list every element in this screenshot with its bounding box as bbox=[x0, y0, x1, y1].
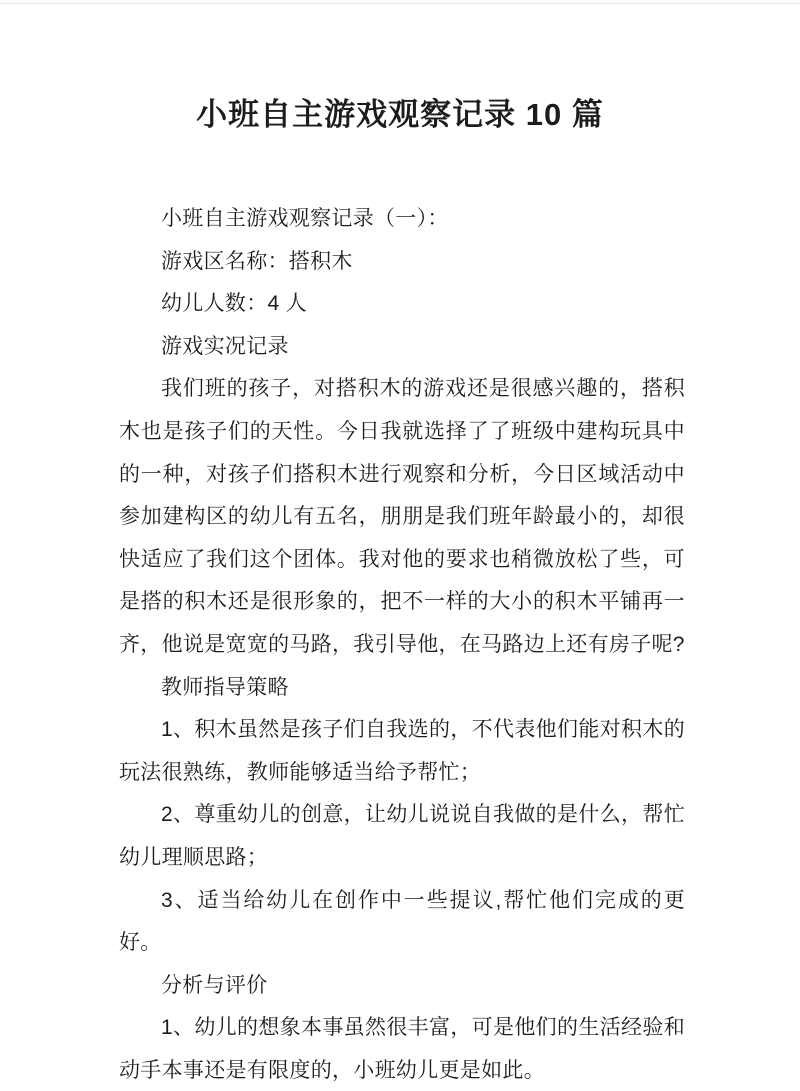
page-title: 小班自主游戏观察记录 10 篇 bbox=[0, 0, 800, 134]
strategy-item-3: 3、适当给幼儿在创作中一些提议,帮忙他们完成的更好。 bbox=[119, 880, 685, 965]
record-one-heading: 小班自主游戏观察记录（一）： bbox=[119, 198, 685, 241]
analysis-section-label: 分析与评价 bbox=[119, 965, 685, 1008]
page-top-hairline bbox=[0, 3, 800, 4]
document-body: 小班自主游戏观察记录（一）： 游戏区名称：搭积木 幼儿人数：4 人 游戏实况记录… bbox=[119, 198, 685, 1091]
strategy-item-1: 1、积木虽然是孩子们自我选的，不代表他们能对积木的玩法很熟练，教师能够适当给予帮… bbox=[119, 709, 685, 794]
observation-paragraph: 我们班的孩子，对搭积木的游戏还是很感兴趣的，搭积木也是孩子们的天性。今日我就选择… bbox=[119, 368, 685, 666]
record-section-label: 游戏实况记录 bbox=[119, 326, 685, 369]
children-count-line: 幼儿人数：4 人 bbox=[119, 283, 685, 326]
analysis-item-1: 1、幼儿的想象本事虽然很丰富，可是他们的生活经验和动手本事还是有限度的，小班幼儿… bbox=[119, 1007, 685, 1091]
strategy-item-2: 2、尊重幼儿的创意，让幼儿说说自我做的是什么，帮忙幼儿理顺思路； bbox=[119, 794, 685, 879]
game-area-name-line: 游戏区名称：搭积木 bbox=[119, 241, 685, 284]
teacher-strategy-label: 教师指导策略 bbox=[119, 667, 685, 710]
